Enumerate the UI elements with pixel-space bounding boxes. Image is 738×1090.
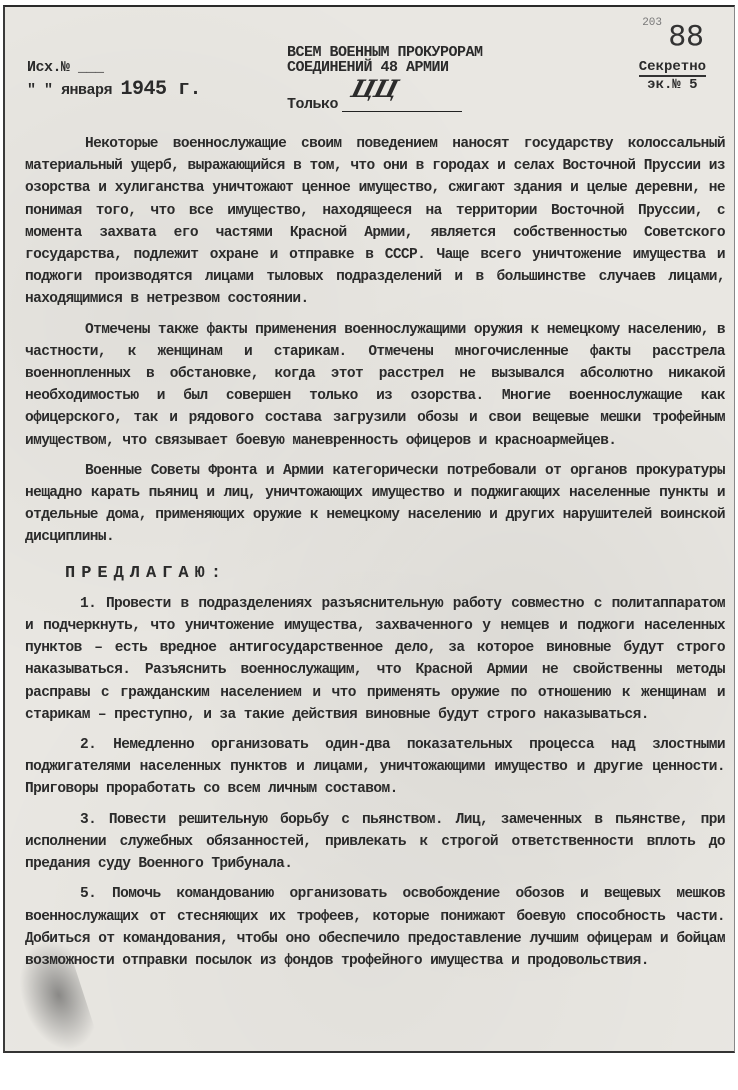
classification-stamp: Секретно эк.№ 5 bbox=[639, 59, 706, 93]
document-body: Некоторые военнослужащие своим поведение… bbox=[25, 133, 725, 972]
only-label: Только bbox=[287, 97, 338, 112]
classification-label: Секретно bbox=[639, 59, 706, 77]
addressee-line-2: СОЕДИНЕНИЙ 48 АРМИИ bbox=[287, 60, 483, 75]
item-2: 2. Немедленно организовать один-два пока… bbox=[25, 734, 725, 801]
addressee-block: ВСЕМ ВОЕННЫМ ПРОКУРОРАМ СОЕДИНЕНИЙ 48 АР… bbox=[287, 45, 483, 112]
copy-number: эк.№ 5 bbox=[647, 77, 697, 93]
addressee-line-1: ВСЕМ ВОЕННЫМ ПРОКУРОРАМ bbox=[287, 45, 483, 60]
item-5: 5. Помочь командованию организовать осво… bbox=[25, 883, 725, 972]
outgoing-reference: Исх.№ ___ " " января 1945 г. bbox=[27, 57, 201, 102]
signature-line: ЦЦ bbox=[342, 89, 462, 112]
paragraph-3: Военные Советы Фронта и Армии категориче… bbox=[25, 460, 725, 549]
folio-stamp-small: 203 bbox=[642, 17, 662, 29]
item-1: 1. Провести в подразделениях разъяснител… bbox=[25, 593, 725, 726]
proposal-heading: ПРЕДЛАГАЮ: bbox=[65, 563, 725, 585]
only-line: Только ЦЦ bbox=[287, 89, 483, 112]
item-3: 3. Повести решительную борьбу с пьянство… bbox=[25, 809, 725, 876]
paragraph-2: Отмечены также факты применения военносл… bbox=[25, 319, 725, 452]
paragraph-1: Некоторые военнослужащие своим поведение… bbox=[25, 133, 725, 311]
handwritten-mark: ЦЦ bbox=[350, 81, 399, 96]
outgoing-number: Исх.№ ___ bbox=[27, 57, 201, 79]
document-date: " " января 1945 г. bbox=[27, 79, 201, 102]
archival-document-page: 203 88 Исх.№ ___ " " января 1945 г. ВСЕМ… bbox=[3, 5, 735, 1053]
date-month: " " января bbox=[27, 82, 112, 99]
date-year: 1945 г. bbox=[121, 78, 202, 101]
folio-number: 88 bbox=[668, 19, 704, 52]
